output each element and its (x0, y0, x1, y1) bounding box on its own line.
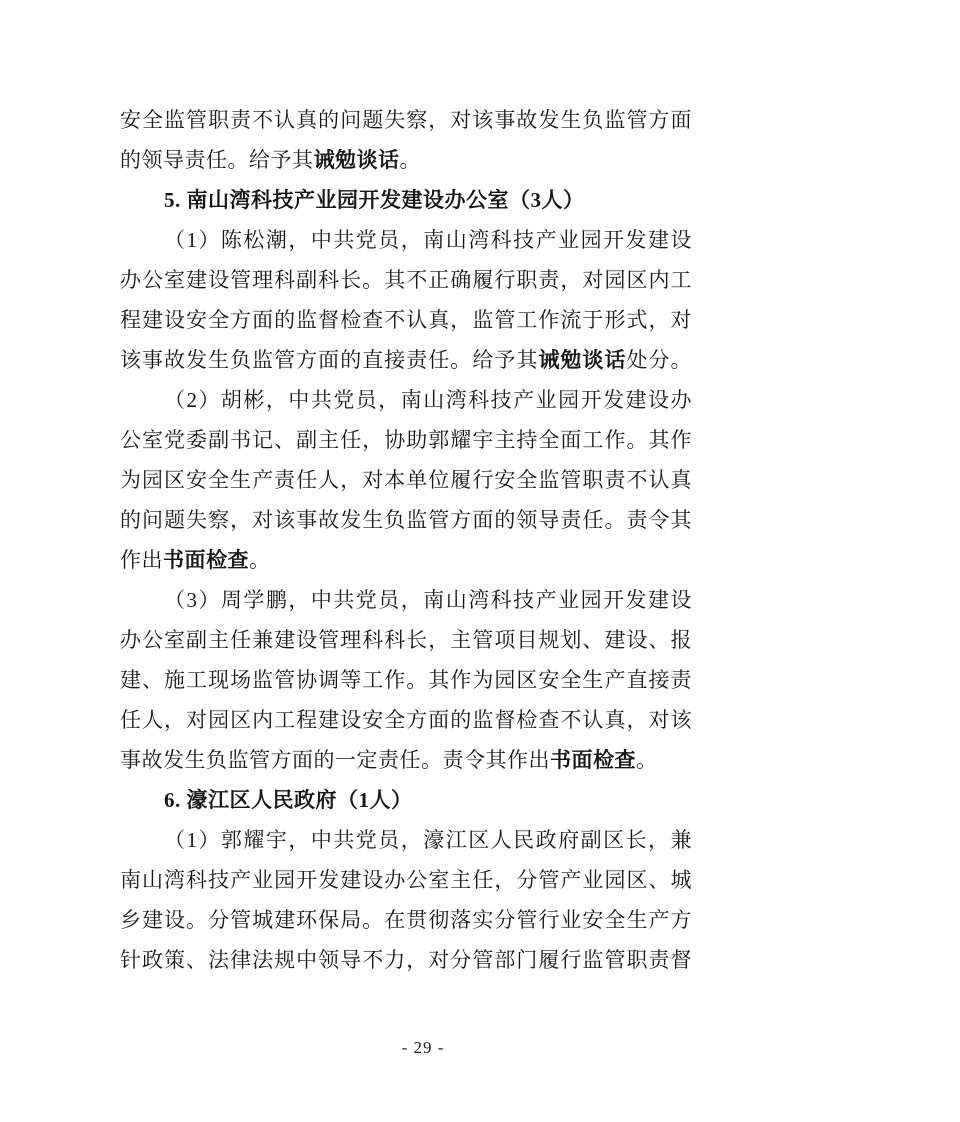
page-number: - 29 - (402, 1038, 445, 1058)
text-line: 的领导责任。给予其诫勉谈话。 (120, 140, 692, 180)
text-line: 办公室建设管理科副科长。其不正确履行职责，对园区内工 (120, 260, 692, 300)
text-run: 任人，对园区内工程建设安全方面的监督检查不认真，对该 (120, 708, 692, 732)
text-run: 的问题失察，对该事故发生负监管方面的领导责任。责令其 (120, 508, 692, 532)
text-run: 。 (249, 548, 271, 572)
text-line: 任人，对园区内工程建设安全方面的监督检查不认真，对该 (120, 700, 692, 740)
text-run: 作出 (120, 548, 163, 572)
text-run: （2）胡彬，中共党员，南山湾科技产业园开发建设办 (164, 388, 692, 412)
text-run: 公室党委副书记、副主任，协助郭耀宇主持全面工作。其作 (120, 428, 692, 452)
text-line: 程建设安全方面的监督检查不认真，监管工作流于形式，对 (120, 300, 692, 340)
text-run: 事故发生负监管方面的一定责任。责令其作出 (120, 748, 550, 772)
text-line: （3）周学鹏，中共党员，南山湾科技产业园开发建设 (120, 580, 692, 620)
section-heading-6: 6. 濠江区人民政府（1人） (120, 780, 692, 820)
text-run: 乡建设。分管城建环保局。在贯彻落实分管行业安全生产方 (120, 908, 692, 932)
text-line: 事故发生负监管方面的一定责任。责令其作出书面检查。 (120, 740, 692, 780)
text-run: 南山湾科技产业园开发建设办公室主任，分管产业园区、城 (120, 868, 692, 892)
text-line: 为园区安全生产责任人，对本单位履行安全监管职责不认真 (120, 460, 692, 500)
text-line: 办公室副主任兼建设管理科科长，主管项目规划、建设、报 (120, 620, 692, 660)
text-run: 。 (636, 748, 658, 772)
text-run: （1）郭耀宇，中共党员，濠江区人民政府副区长，兼 (164, 828, 692, 852)
text-run: （1）陈松潮，中共党员，南山湾科技产业园开发建设 (164, 228, 692, 252)
text-run: 该事故发生负监管方面的直接责任。给予其 (120, 348, 538, 372)
text-line: 安全监管职责不认真的问题失察，对该事故发生负监管方面 (120, 100, 692, 140)
text-run: 针政策、法律法规中领导不力，对分管部门履行监管职责督 (120, 948, 692, 972)
text-line: 公室党委副书记、副主任，协助郭耀宇主持全面工作。其作 (120, 420, 692, 460)
text-run-bold: 书面检查 (163, 548, 249, 572)
text-run: （3）周学鹏，中共党员，南山湾科技产业园开发建设 (164, 588, 692, 612)
text-run: 为园区安全生产责任人，对本单位履行安全监管职责不认真 (120, 468, 692, 492)
text-line: （1）郭耀宇，中共党员，濠江区人民政府副区长，兼 (120, 820, 692, 860)
text-run-bold: 诫勉谈话 (538, 348, 626, 372)
text-line: （2）胡彬，中共党员，南山湾科技产业园开发建设办 (120, 380, 692, 420)
text-run-bold: 5. 南山湾科技产业园开发建设办公室（3人） (164, 188, 585, 212)
text-run-bold: 书面检查 (550, 748, 636, 772)
text-run-bold: 6. 濠江区人民政府（1人） (164, 788, 413, 812)
text-line: （1）陈松潮，中共党员，南山湾科技产业园开发建设 (120, 220, 692, 260)
text-run-bold: 诫勉谈话 (314, 148, 400, 172)
document-body: 安全监管职责不认真的问题失察，对该事故发生负监管方面 的领导责任。给予其诫勉谈话… (120, 100, 692, 980)
text-run: 处分。 (626, 348, 692, 372)
text-run: 安全监管职责不认真的问题失察，对该事故发生负监管方面 (120, 108, 692, 132)
text-run: 办公室副主任兼建设管理科科长，主管项目规划、建设、报 (120, 628, 692, 652)
text-run: 办公室建设管理科副科长。其不正确履行职责，对园区内工 (120, 268, 692, 292)
text-line: 的问题失察，对该事故发生负监管方面的领导责任。责令其 (120, 500, 692, 540)
text-run: 的领导责任。给予其 (120, 148, 314, 172)
text-line: 针政策、法律法规中领导不力，对分管部门履行监管职责督 (120, 940, 692, 980)
section-heading-5: 5. 南山湾科技产业园开发建设办公室（3人） (120, 180, 692, 220)
text-line: 作出书面检查。 (120, 540, 692, 580)
text-line: 建、施工现场监管协调等工作。其作为园区安全生产直接责 (120, 660, 692, 700)
text-line: 乡建设。分管城建环保局。在贯彻落实分管行业安全生产方 (120, 900, 692, 940)
text-run: 建、施工现场监管协调等工作。其作为园区安全生产直接责 (120, 668, 692, 692)
text-run: 程建设安全方面的监督检查不认真，监管工作流于形式，对 (120, 308, 692, 332)
document-page: 安全监管职责不认真的问题失察，对该事故发生负监管方面 的领导责任。给予其诫勉谈话… (0, 0, 960, 1122)
text-line: 该事故发生负监管方面的直接责任。给予其诫勉谈话处分。 (120, 340, 692, 380)
text-line: 南山湾科技产业园开发建设办公室主任，分管产业园区、城 (120, 860, 692, 900)
text-run: 。 (400, 148, 422, 172)
